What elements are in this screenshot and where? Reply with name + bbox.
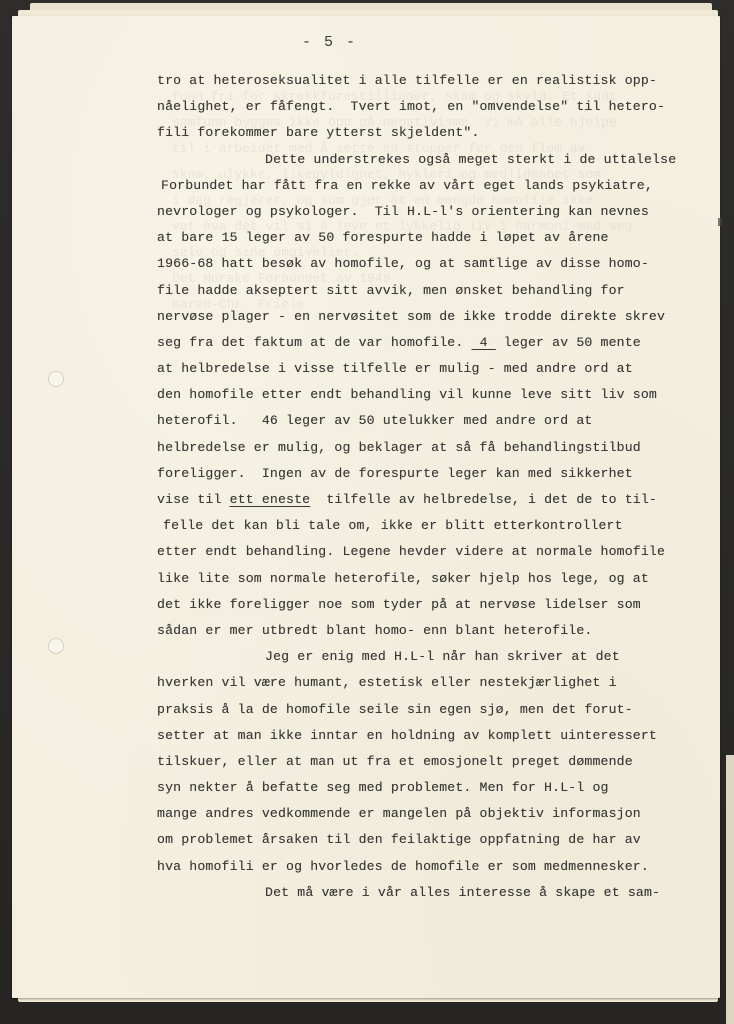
text-line: hva homofili er og hvorledes de homofile…	[157, 854, 717, 880]
line-text: foreligger. Ingen av de forespurte leger…	[157, 466, 633, 481]
line-text-continued: tilfelle av helbredelse, i det de to til…	[310, 492, 657, 507]
text-line: praksis å la de homofile seile sin egen …	[157, 697, 717, 723]
text-line: Forbundet har fått fra en rekke av vårt …	[157, 173, 717, 199]
text-line: fili forekommer bare ytterst skjeldent".	[157, 120, 717, 146]
text-line: mange andres vedkommende er mangelen på …	[157, 801, 717, 827]
text-line: nevrologer og psykologer. Til H.L-l's or…	[157, 199, 717, 225]
line-text: Dette understrekes også meget sterkt i d…	[265, 152, 676, 167]
line-text: Det må være i vår alles interesse å skap…	[265, 885, 660, 900]
text-line: foreligger. Ingen av de forespurte leger…	[157, 461, 717, 487]
line-text: tilskuer, eller at man ut fra et emosjon…	[157, 754, 633, 769]
text-line: tilskuer, eller at man ut fra et emosjon…	[157, 749, 717, 775]
line-text: hva homofili er og hvorledes de homofile…	[157, 859, 649, 874]
line-text: det ikke foreligger noe som tyder på at …	[157, 597, 641, 612]
line-text: seg fra det faktum at de var homofile.	[157, 335, 463, 350]
text-line: den homofile etter endt behandling vil k…	[157, 382, 717, 408]
line-text: like lite som normale heterofile, søker …	[157, 571, 649, 586]
text-line: det ikke foreligger noe som tyder på at …	[157, 592, 717, 618]
line-text: om problemet årsaken til den feilaktige …	[157, 832, 641, 847]
typewritten-page: funn fri for skrekkforestillinger, skam …	[12, 16, 720, 998]
text-line: file hadde akseptert sitt avvik, men øns…	[157, 278, 717, 304]
text-line: nåelighet, er fåfengt. Tvert imot, en "o…	[157, 94, 717, 120]
line-text: fili forekommer bare ytterst skjeldent".	[157, 125, 480, 140]
page-number: - 5 -	[302, 34, 357, 51]
line-text: file hadde akseptert sitt avvik, men øns…	[157, 283, 625, 298]
line-text: den homofile etter endt behandling vil k…	[157, 387, 657, 402]
text-line: tro at heteroseksualitet i alle tilfelle…	[157, 68, 717, 94]
text-line: nervøse plager - en nervøsitet som de ik…	[157, 304, 717, 330]
body-text: tro at heteroseksualitet i alle tilfelle…	[157, 68, 717, 906]
line-text: Forbundet har fått fra en rekke av vårt …	[161, 178, 653, 193]
text-line: Dette understrekes også meget sterkt i d…	[157, 147, 717, 173]
underlined-text: ett eneste	[230, 492, 311, 507]
text-line: etter endt behandling. Legene hevder vid…	[157, 539, 717, 565]
text-line: setter at man ikke inntar en holdning av…	[157, 723, 717, 749]
text-line: hverken vil være humant, estetisk eller …	[157, 670, 717, 696]
text-line: vise til ett eneste tilfelle av helbrede…	[157, 487, 717, 513]
underlined-text: 4	[472, 335, 496, 350]
line-text: at helbredelse i visse tilfelle er mulig…	[157, 361, 633, 376]
text-line: at helbredelse i visse tilfelle er mulig…	[157, 356, 717, 382]
line-text: tro at heteroseksualitet i alle tilfelle…	[157, 73, 657, 88]
text-line: sådan er mer utbredt blant homo- enn bla…	[157, 618, 717, 644]
text-line: syn nekter å befatte seg med problemet. …	[157, 775, 717, 801]
line-text: mange andres vedkommende er mangelen på …	[157, 806, 641, 821]
line-text: helbredelse er mulig, og beklager at så …	[157, 440, 641, 455]
line-text: felle det kan bli tale om, ikke er blitt…	[163, 518, 623, 533]
line-text: etter endt behandling. Legene hevder vid…	[157, 544, 665, 559]
text-line: 1966-68 hatt besøk av homofile, og at sa…	[157, 251, 717, 277]
staple-mark	[718, 218, 722, 226]
text-line: Jeg er enig med H.L-l når han skriver at…	[157, 644, 717, 670]
text-line: om problemet årsaken til den feilaktige …	[157, 827, 717, 853]
line-text-continued: leger av 50 mente	[496, 335, 641, 350]
text-line: heterofil. 46 leger av 50 utelukker med …	[157, 408, 717, 434]
line-text: syn nekter å befatte seg med problemet. …	[157, 780, 609, 795]
text-line: seg fra det faktum at de var homofile. 4…	[157, 330, 717, 356]
line-text: nevrologer og psykologer. Til H.L-l's or…	[157, 204, 649, 219]
text-line: felle det kan bli tale om, ikke er blitt…	[157, 513, 717, 539]
line-text: sådan er mer utbredt blant homo- enn bla…	[157, 623, 592, 638]
line-text: nåelighet, er fåfengt. Tvert imot, en "o…	[157, 99, 665, 114]
line-text: at bare 15 leger av 50 forespurte hadde …	[157, 230, 609, 245]
line-text: 1966-68 hatt besøk av homofile, og at sa…	[157, 256, 649, 271]
line-text: setter at man ikke inntar en holdning av…	[157, 728, 657, 743]
text-line: like lite som normale heterofile, søker …	[157, 566, 717, 592]
line-text: heterofil. 46 leger av 50 utelukker med …	[157, 413, 592, 428]
line-text: vise til	[157, 492, 222, 507]
text-line: at bare 15 leger av 50 forespurte hadde …	[157, 225, 717, 251]
adjacent-paper-edge	[726, 755, 734, 1024]
line-text: nervøse plager - en nervøsitet som de ik…	[157, 309, 665, 324]
text-line: Det må være i vår alles interesse å skap…	[157, 880, 717, 906]
punch-hole	[48, 371, 64, 387]
text-line: helbredelse er mulig, og beklager at så …	[157, 435, 717, 461]
punch-hole	[48, 638, 64, 654]
line-text: praksis å la de homofile seile sin egen …	[157, 702, 633, 717]
line-text: hverken vil være humant, estetisk eller …	[157, 675, 617, 690]
line-text: Jeg er enig med H.L-l når han skriver at…	[265, 649, 620, 664]
